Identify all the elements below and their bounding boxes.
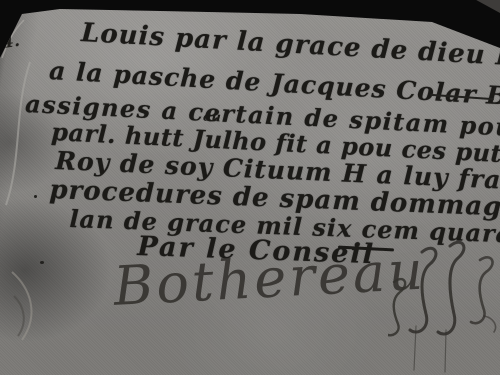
superscript-abbreviation: au [203,110,222,126]
ink-speck [40,261,44,264]
margin-mark: 4. [1,31,21,53]
manuscript-photo: 4. Louis par la grace de dieu Roy de fra… [0,0,500,375]
parchment-sheet: 4. Louis par la grace de dieu Roy de fra… [0,0,500,375]
ink-speck [34,195,37,198]
backdrop-corner-wedge [466,0,500,13]
signature-flourish [388,230,500,375]
